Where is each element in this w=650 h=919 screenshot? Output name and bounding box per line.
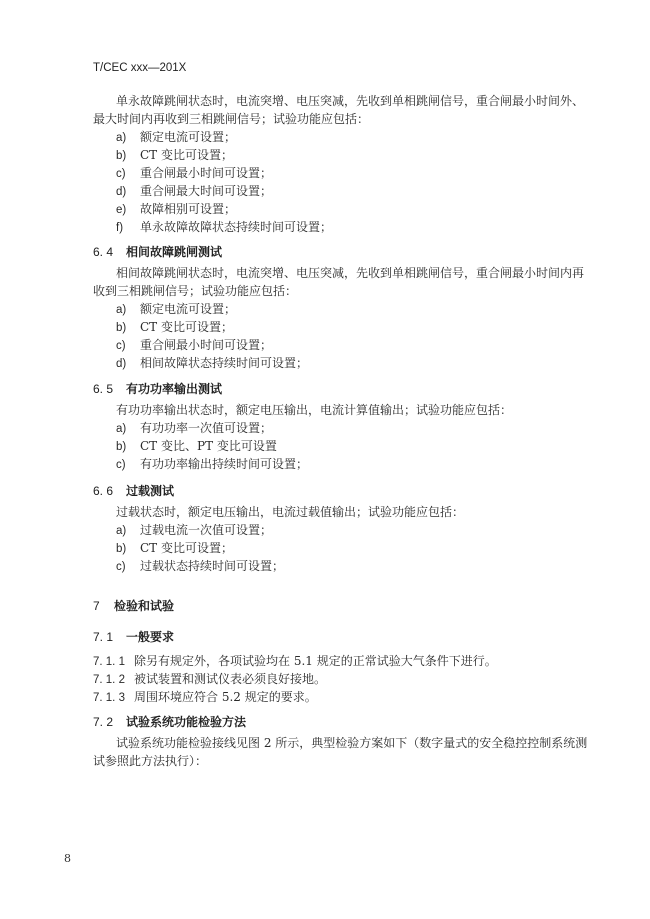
clause-number: 7. 1. 1 xyxy=(93,656,134,668)
list-text: 过载电流一次值可设置； xyxy=(140,523,272,537)
section-title: 有功功率输出测试 xyxy=(126,382,222,396)
list-label: c) xyxy=(116,166,140,182)
section-title: 试验系统功能检验方法 xyxy=(126,715,246,729)
list-item: a)过载电流一次值可设置； xyxy=(116,522,272,539)
section-heading-6-4: 6. 4相间故障跳闸测试 xyxy=(93,243,222,260)
list-item: e)故障相别可设置； xyxy=(116,201,236,218)
list-item: c)有功功率输出持续时间可设置； xyxy=(116,456,308,473)
section-title: 相间故障跳闸测试 xyxy=(126,245,222,259)
paragraph-line: 相间故障跳闸状态时，电流突增、电压突减，先收到单相跳闸信号，重合闸最小时间内再 xyxy=(116,265,584,281)
list-text: 重合闸最大时间可设置； xyxy=(140,184,272,198)
list-label: a) xyxy=(116,302,140,318)
list-text: 过载状态持续时间可设置； xyxy=(140,559,284,573)
list-label: f) xyxy=(116,220,140,236)
list-label: e) xyxy=(116,202,140,218)
clause-text: 周围环境应符合 5.2 规定的要求。 xyxy=(134,690,317,704)
list-label: b) xyxy=(116,439,140,455)
list-label: a) xyxy=(116,130,140,146)
clause-7-1-3: 7. 1. 3周围环境应符合 5.2 规定的要求。 xyxy=(93,688,317,705)
section-number: 7. 2 xyxy=(93,715,126,729)
section-heading-6-6: 6. 6过载测试 xyxy=(93,482,174,499)
list-label: c) xyxy=(116,559,140,575)
list-label: b) xyxy=(116,148,140,164)
clause-7-1-2: 7. 1. 2被试装置和测试仪表必须良好接地。 xyxy=(93,670,326,687)
list-item: c)重合闸最小时间可设置； xyxy=(116,337,272,354)
list-item: c)过载状态持续时间可设置； xyxy=(116,558,284,575)
paragraph-line: 过载状态时，额定电压输出，电流过载值输出；试验功能应包括： xyxy=(116,504,464,520)
list-text: CT 变比可设置； xyxy=(140,148,233,162)
list-label: b) xyxy=(116,320,140,336)
list-text: 额定电流可设置； xyxy=(140,130,236,144)
list-item: b)CT 变比可设置； xyxy=(116,319,233,336)
list-label: b) xyxy=(116,541,140,557)
list-item: a)额定电流可设置； xyxy=(116,129,236,146)
list-label: a) xyxy=(116,523,140,539)
paragraph-line: 有功功率输出状态时，额定电压输出，电流计算值输出；试验功能应包括： xyxy=(116,402,512,418)
list-label: c) xyxy=(116,457,140,473)
list-text: 有功功率输出持续时间可设置； xyxy=(140,457,308,471)
list-label: d) xyxy=(116,184,140,200)
list-text: CT 变比、PT 变比可设置 xyxy=(140,439,277,453)
section-number: 6. 6 xyxy=(93,484,126,498)
section-number: 7 xyxy=(93,599,114,613)
paragraph-line: 试验系统功能检验接线见图 2 所示，典型检验方案如下（数字量式的安全稳控控制系统… xyxy=(116,735,587,751)
clause-7-1-1: 7. 1. 1除另有规定外，各项试验均在 5.1 规定的正常试验大气条件下进行。 xyxy=(93,652,497,669)
list-text: CT 变比可设置； xyxy=(140,320,233,334)
list-label: d) xyxy=(116,356,140,372)
page-number: 8 xyxy=(64,852,71,865)
section-number: 6. 5 xyxy=(93,382,126,396)
list-item: d)相间故障状态持续时间可设置； xyxy=(116,355,308,372)
list-text: 故障相别可设置； xyxy=(140,202,236,216)
list-text: 重合闸最小时间可设置； xyxy=(140,338,272,352)
section-number: 7. 1 xyxy=(93,630,126,644)
list-text: 相间故障状态持续时间可设置； xyxy=(140,356,308,370)
clause-text: 被试装置和测试仪表必须良好接地。 xyxy=(134,672,326,686)
list-item: d)重合闸最大时间可设置； xyxy=(116,183,272,200)
section-number: 6. 4 xyxy=(93,245,126,259)
document-page: T/CEC xxx—201X 单永故障跳闸状态时，电流突增、电压突减，先收到单相… xyxy=(0,0,650,919)
paragraph-line: 最大时间内再收到三相跳闸信号；试验功能应包括： xyxy=(93,111,369,127)
paragraph-line: 收到三相跳闸信号；试验功能应包括： xyxy=(93,283,297,299)
list-text: 有功功率一次值可设置； xyxy=(140,421,272,435)
list-item: f)单永故障故障状态持续时间可设置； xyxy=(116,219,332,236)
list-item: a)额定电流可设置； xyxy=(116,301,236,318)
list-label: a) xyxy=(116,421,140,437)
clause-number: 7. 1. 3 xyxy=(93,692,134,704)
list-item: a)有功功率一次值可设置； xyxy=(116,420,272,437)
list-label: c) xyxy=(116,338,140,354)
list-item: b)CT 变比、PT 变比可设置 xyxy=(116,438,277,455)
section-heading-7-1: 7. 1一般要求 xyxy=(93,628,174,645)
list-text: CT 变比可设置； xyxy=(140,541,233,555)
section-heading-7: 7检验和试验 xyxy=(93,597,174,614)
paragraph-line: 试参照此方法执行）： xyxy=(93,753,207,769)
list-text: 额定电流可设置； xyxy=(140,302,236,316)
section-heading-7-2: 7. 2试验系统功能检验方法 xyxy=(93,713,246,730)
section-title: 一般要求 xyxy=(126,630,174,644)
section-title: 过载测试 xyxy=(126,484,174,498)
clause-text: 除另有规定外，各项试验均在 5.1 规定的正常试验大气条件下进行。 xyxy=(134,654,497,668)
document-header-id: T/CEC xxx—201X xyxy=(93,62,186,74)
list-item: c)重合闸最小时间可设置； xyxy=(116,165,272,182)
section-title: 检验和试验 xyxy=(114,599,174,613)
list-item: b)CT 变比可设置； xyxy=(116,147,233,164)
list-item: b)CT 变比可设置； xyxy=(116,540,233,557)
list-text: 重合闸最小时间可设置； xyxy=(140,166,272,180)
paragraph-line: 单永故障跳闸状态时，电流突增、电压突减，先收到单相跳闸信号，重合闸最小时间外、 xyxy=(116,93,584,109)
clause-number: 7. 1. 2 xyxy=(93,674,134,686)
section-heading-6-5: 6. 5有功功率输出测试 xyxy=(93,380,222,397)
list-text: 单永故障故障状态持续时间可设置； xyxy=(140,220,332,234)
